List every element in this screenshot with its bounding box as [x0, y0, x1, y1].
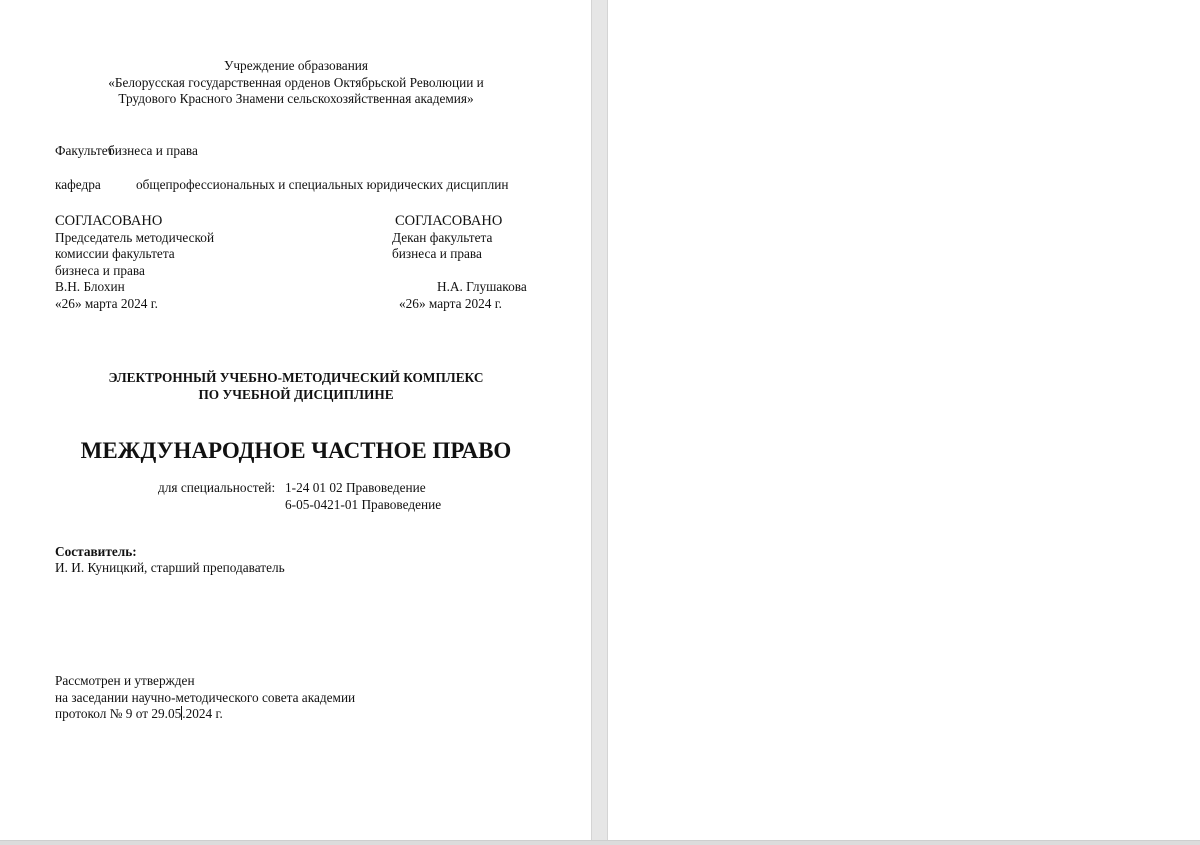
approved-line: на заседании научно-методического совета… — [55, 690, 355, 707]
approval-blank-line — [392, 263, 512, 280]
specialties-block: для специальностей: 1-24 01 02 Правоведе… — [158, 480, 441, 513]
discipline-title: МЕЖДУНАРОДНОЕ ЧАСТНОЕ ПРАВО — [55, 437, 537, 465]
specialty-item: 6-05-0421-01 Правоведение — [285, 497, 441, 514]
approval-line: Декан факультета — [392, 230, 512, 247]
approval-signatory: В.Н. Блохин — [55, 279, 214, 296]
complex-title: ЭЛЕКТРОННЫЙ УЧЕБНО-МЕТОДИЧЕСКИЙ КОМПЛЕКС… — [55, 370, 537, 403]
complex-title-line: ЭЛЕКТРОННЫЙ УЧЕБНО-МЕТОДИЧЕСКИЙ КОМПЛЕКС — [55, 370, 537, 387]
department-value: общепрофессиональных и специальных юриди… — [136, 177, 509, 194]
approval-heading: СОГЛАСОВАНО — [392, 213, 512, 230]
approval-block-left: СОГЛАСОВАНО Председатель методической ко… — [55, 213, 214, 312]
approval-signatory: Н.А. Глушакова — [392, 279, 512, 296]
institution-header: Учреждение образования «Белорусская госу… — [55, 58, 537, 108]
approval-date: «26» марта 2024 г. — [392, 296, 512, 313]
approved-block: Рассмотрен и утвержден на заседании науч… — [55, 673, 355, 723]
horizontal-scroll-area — [0, 840, 1200, 845]
approved-protocol[interactable]: протокол № 9 от 29.05.2024 г. — [55, 706, 355, 723]
faculty-label: Факультет — [55, 143, 113, 160]
approved-line: Рассмотрен и утвержден — [55, 673, 355, 690]
specialty-item: 1-24 01 02 Правоведение — [285, 480, 426, 497]
approval-line: бизнеса и права — [392, 246, 512, 263]
page-2[interactable]: Рецензенты: И. П. Манкевич, доцент кафед… — [607, 0, 1200, 840]
institution-line: «Белорусская государственная орденов Окт… — [55, 75, 537, 92]
institution-line: Учреждение образования — [55, 58, 537, 75]
protocol-text-start: протокол № 9 от 29.05 — [55, 706, 181, 721]
approval-line: комиссии факультета — [55, 246, 214, 263]
approval-line: Председатель методической — [55, 230, 214, 247]
institution-line: Трудового Красного Знамени сельскохозяйс… — [55, 91, 537, 108]
complex-title-line: ПО УЧЕБНОЙ ДИСЦИПЛИНЕ — [55, 387, 537, 404]
faculty-value: бизнеса и права — [108, 143, 198, 160]
approval-date: «26» марта 2024 г. — [55, 296, 214, 313]
approval-block-right: СОГЛАСОВАНО Декан факультета бизнеса и п… — [392, 213, 512, 312]
approval-line: бизнеса и права — [55, 263, 214, 280]
document-viewport: Учреждение образования «Белорусская госу… — [0, 0, 1200, 845]
specialties-label: для специальностей: — [158, 480, 285, 497]
compiler-label: Составитель: — [55, 544, 137, 561]
department-label: кафедра — [55, 177, 101, 194]
protocol-text-end: .2024 г. — [182, 706, 223, 721]
page-1[interactable]: Учреждение образования «Белорусская госу… — [0, 0, 592, 840]
compiler-value: И. И. Куницкий, старший преподаватель — [55, 560, 285, 577]
approval-heading: СОГЛАСОВАНО — [55, 213, 214, 230]
